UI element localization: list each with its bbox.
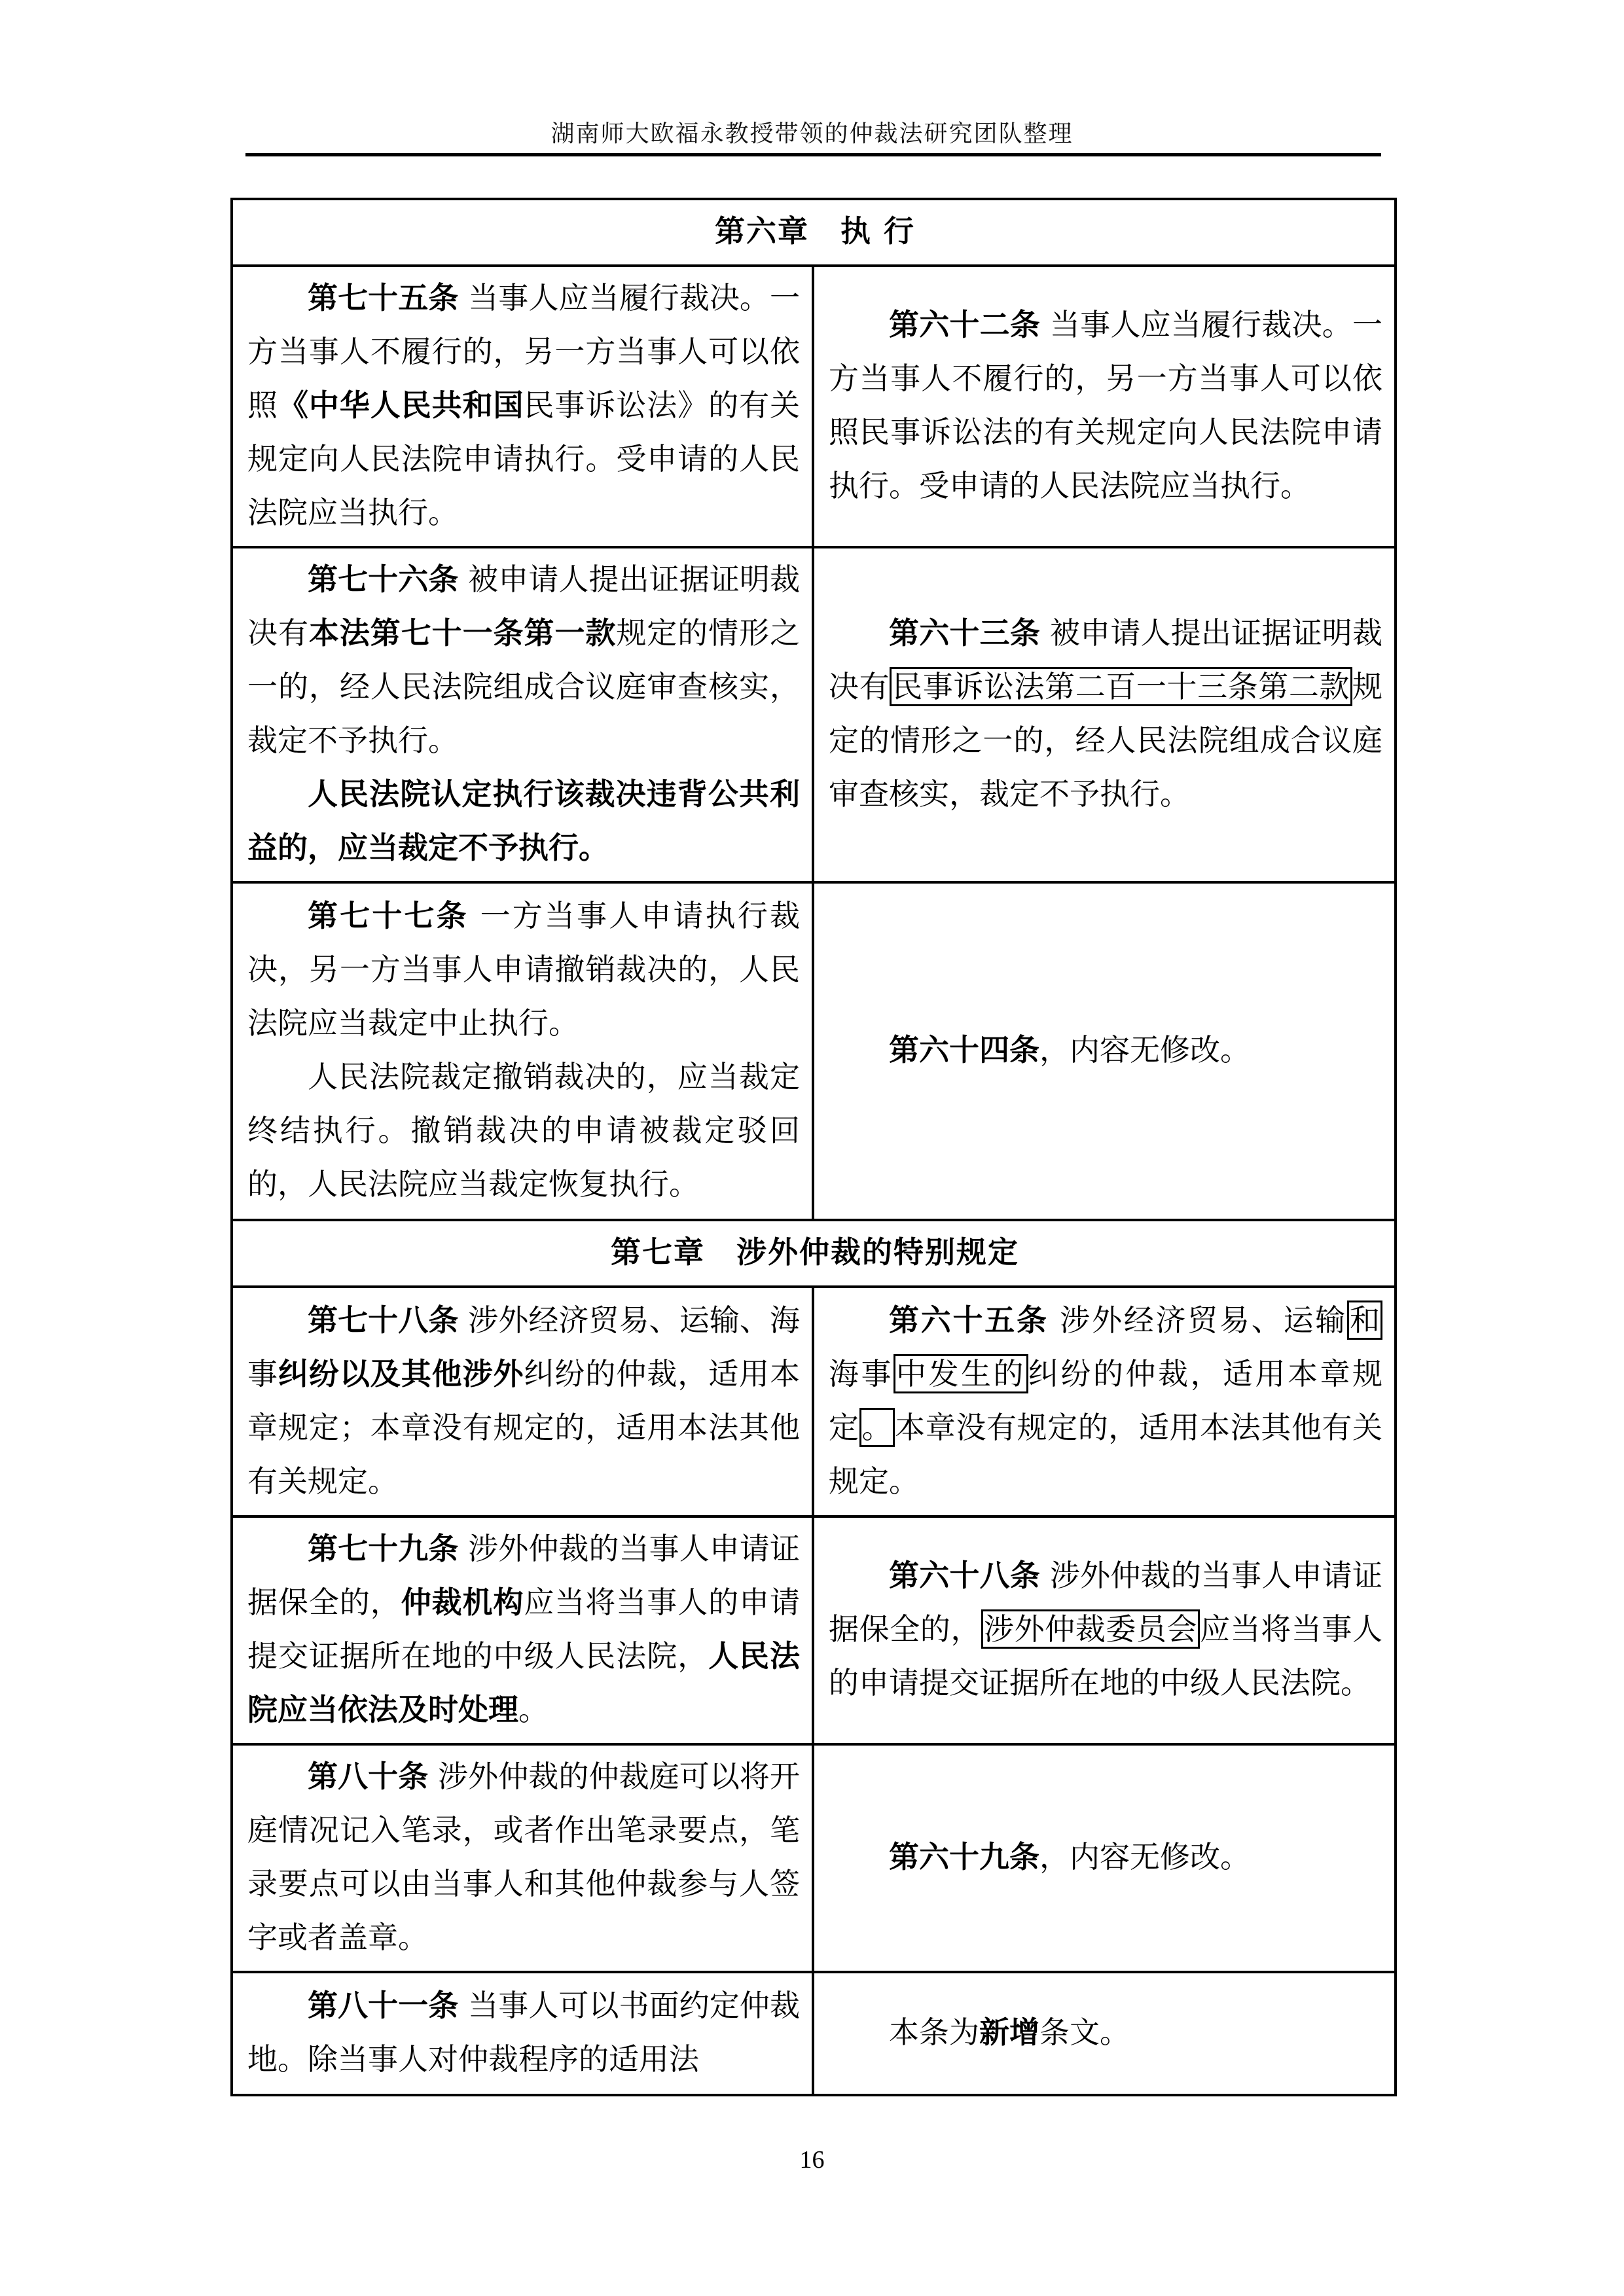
table-row: 第七十六条 被申请人提出证据证明裁决有本法第七十一条第一款规定的情形之一的，经人… [232, 547, 1396, 882]
article-paragraph: 第六十四条，内容无修改。 [829, 1023, 1382, 1077]
cell-old-law: 第六十四条，内容无修改。 [813, 882, 1396, 1220]
article-paragraph: 第七十五条 当事人应当履行裁决。一方当事人不履行的，另一方当事人可以依照《中华人… [247, 271, 800, 539]
bold-text: 新增 [979, 2015, 1039, 2050]
body-text: 涉外经济贸易、运输 [1049, 1302, 1347, 1338]
body-text: 本条为 [889, 2015, 979, 2050]
body-text: 。 [518, 1692, 549, 1727]
bold-text: 第七十七条 [308, 898, 469, 933]
article-paragraph: 第七十九条 涉外仲裁的当事人申请证据保全的，仲裁机构应当将当事人的申请提交证据所… [247, 1522, 800, 1736]
table-row: 第七十八条 涉外经济贸易、运输、海事纠纷以及其他涉外纠纷的仲裁，适用本章规定；本… [232, 1287, 1396, 1516]
bold-text: 第六十五条 [889, 1302, 1049, 1338]
bold-text: 第七十九条 [308, 1531, 458, 1566]
deleted-text-box: 民事诉讼法第二百一十三条第二款 [890, 667, 1352, 706]
running-header: 湖南师大欧福永教授带领的仲裁法研究团队整理 [0, 115, 1624, 149]
deleted-text-box: 涉外仲裁委员会 [981, 1609, 1200, 1649]
bold-text: 第七十八条 [308, 1302, 458, 1338]
bold-text: 第八十条 [308, 1759, 428, 1794]
bold-text: 第六十八条 [889, 1558, 1040, 1593]
article-paragraph: 第六十五条 涉外经济贸易、运输和海事中发生的纠纷的仲裁，适用本章规定。本章没有规… [829, 1293, 1382, 1508]
table-row: 第八十一条 当事人可以书面约定仲裁地。除当事人对仲裁程序的适用法 本条为新增条文… [232, 1972, 1396, 2095]
bold-text: 《中华人民共和国 [278, 387, 524, 423]
body-text: 条文。 [1039, 2015, 1130, 2050]
chapter-heading: 第七章 涉外仲裁的特别规定 [232, 1220, 1396, 1287]
bold-text: 仲裁机构 [401, 1585, 524, 1620]
body-text: 海事 [829, 1356, 893, 1391]
cell-new-law: 第七十七条 一方当事人申请执行裁决，另一方当事人申请撤销裁决的，人民法院应当裁定… [232, 882, 813, 1220]
bold-text: 第六十四条 [889, 1032, 1039, 1067]
bold-text: 第七十五条 [308, 280, 458, 315]
article-paragraph: 第七十七条 一方当事人申请执行裁决，另一方当事人申请撤销裁决的，人民法院应当裁定… [247, 889, 800, 1050]
body-text: 本章没有规定的，适用本法其他有关规定。 [829, 1410, 1382, 1499]
article-paragraph: 第八十条 涉外仲裁的仲裁庭可以将开庭情况记入笔录，或者作出笔录要点，笔录要点可以… [247, 1749, 800, 1964]
table-row: 第七十九条 涉外仲裁的当事人申请证据保全的，仲裁机构应当将当事人的申请提交证据所… [232, 1516, 1396, 1744]
cell-new-law: 第八十一条 当事人可以书面约定仲裁地。除当事人对仲裁程序的适用法 [232, 1972, 813, 2095]
body-text: ，内容无修改。 [1039, 1032, 1250, 1067]
cell-new-law: 第七十六条 被申请人提出证据证明裁决有本法第七十一条第一款规定的情形之一的，经人… [232, 547, 813, 882]
table-row: 第七十五条 当事人应当履行裁决。一方当事人不履行的，另一方当事人可以依照《中华人… [232, 266, 1396, 547]
table-row: 第七十七条 一方当事人申请执行裁决，另一方当事人申请撤销裁决的，人民法院应当裁定… [232, 882, 1396, 1220]
article-paragraph: 第六十二条 当事人应当履行裁决。一方当事人不履行的，另一方当事人可以依照民事诉讼… [829, 298, 1382, 512]
chapter-heading: 第六章 执 行 [232, 199, 1396, 266]
article-paragraph: 第六十八条 涉外仲裁的当事人申请证据保全的，涉外仲裁委员会应当将当事人的申请提交… [829, 1549, 1382, 1710]
article-paragraph: 本条为新增条文。 [829, 2005, 1382, 2059]
page-number: 16 [0, 2145, 1624, 2174]
deleted-text-box: 和 [1347, 1300, 1382, 1340]
cell-old-law: 第六十九条，内容无修改。 [813, 1744, 1396, 1972]
cell-new-law: 第八十条 涉外仲裁的仲裁庭可以将开庭情况记入笔录，或者作出笔录要点，笔录要点可以… [232, 1744, 813, 1972]
deleted-text-box: 。 [859, 1408, 895, 1447]
article-paragraph: 第七十八条 涉外经济贸易、运输、海事纠纷以及其他涉外纠纷的仲裁，适用本章规定；本… [247, 1293, 800, 1508]
cell-old-law: 第六十二条 当事人应当履行裁决。一方当事人不履行的，另一方当事人可以依照民事诉讼… [813, 266, 1396, 547]
bold-text: 本法第七十一条第一款 [309, 615, 616, 651]
chapter-row: 第六章 执 行 [232, 199, 1396, 266]
article-paragraph: 第六十九条，内容无修改。 [829, 1830, 1382, 1884]
article-paragraph: 第六十三条 被申请人提出证据证明裁决有民事诉讼法第二百一十三条第二款规定的情形之… [829, 606, 1382, 821]
bold-text: 纠纷以及其他涉外 [278, 1356, 524, 1391]
bold-text: 人民法院认定执行该裁决违背公共利益的，应当裁定不予执行。 [247, 776, 800, 865]
article-paragraph: 人民法院认定执行该裁决违背公共利益的，应当裁定不予执行。 [247, 767, 800, 874]
table-row: 第八十条 涉外仲裁的仲裁庭可以将开庭情况记入笔录，或者作出笔录要点，笔录要点可以… [232, 1744, 1396, 1972]
body-text: ，内容无修改。 [1039, 1839, 1250, 1874]
article-paragraph: 人民法院裁定撤销裁决的，应当裁定终结执行。撤销裁决的申请被裁定驳回的，人民法院应… [247, 1050, 800, 1211]
cell-old-law: 第六十三条 被申请人提出证据证明裁决有民事诉讼法第二百一十三条第二款规定的情形之… [813, 547, 1396, 882]
bold-text: 第六十九条 [889, 1839, 1039, 1874]
bold-text: 第八十一条 [308, 1988, 458, 2023]
bold-text: 第六十二条 [889, 307, 1040, 342]
comparison-table: 第六章 执 行 第七十五条 当事人应当履行裁决。一方当事人不履行的，另一方当事人… [230, 198, 1397, 2096]
cell-old-law: 本条为新增条文。 [813, 1972, 1396, 2095]
deleted-text-box: 中发生的 [893, 1354, 1028, 1393]
cell-old-law: 第六十八条 涉外仲裁的当事人申请证据保全的，涉外仲裁委员会应当将当事人的申请提交… [813, 1516, 1396, 1744]
cell-old-law: 第六十五条 涉外经济贸易、运输和海事中发生的纠纷的仲裁，适用本章规定。本章没有规… [813, 1287, 1396, 1516]
header-rule [245, 153, 1381, 156]
article-paragraph: 第七十六条 被申请人提出证据证明裁决有本法第七十一条第一款规定的情形之一的，经人… [247, 552, 800, 767]
cell-new-law: 第七十九条 涉外仲裁的当事人申请证据保全的，仲裁机构应当将当事人的申请提交证据所… [232, 1516, 813, 1744]
body-text: 人民法院裁定撤销裁决的，应当裁定终结执行。撤销裁决的申请被裁定驳回的，人民法院应… [247, 1059, 800, 1202]
cell-new-law: 第七十五条 当事人应当履行裁决。一方当事人不履行的，另一方当事人可以依照《中华人… [232, 266, 813, 547]
cell-new-law: 第七十八条 涉外经济贸易、运输、海事纠纷以及其他涉外纠纷的仲裁，适用本章规定；本… [232, 1287, 813, 1516]
bold-text: 第七十六条 [308, 562, 458, 597]
article-paragraph: 第八十一条 当事人可以书面约定仲裁地。除当事人对仲裁程序的适用法 [247, 1979, 800, 2086]
bold-text: 第六十三条 [889, 615, 1040, 651]
chapter-row: 第七章 涉外仲裁的特别规定 [232, 1220, 1396, 1287]
